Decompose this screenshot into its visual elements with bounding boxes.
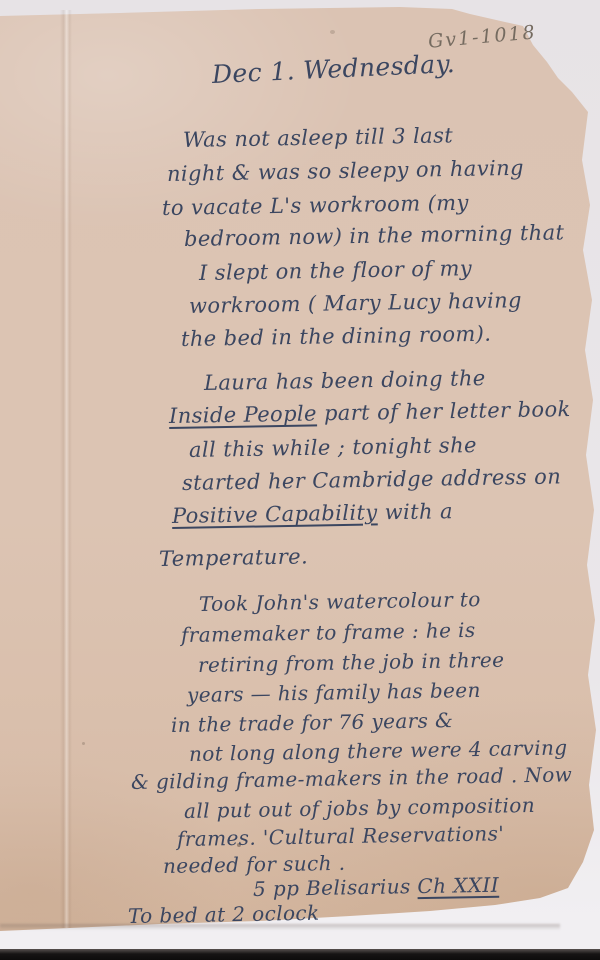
handwritten-line: Laura has been doing the	[204, 366, 486, 395]
scanner-edge-bar	[0, 949, 600, 960]
scanned-diary-page: Gv1-1018 Dec 1. Wednesday. Was not aslee…	[0, 0, 600, 960]
handwritten-line: in the trade for 76 years &	[171, 708, 454, 737]
handwritten-line: I slept on the floor of my	[199, 256, 473, 285]
fold-crease	[60, 10, 72, 928]
underlined-phrase: Positive Capability	[172, 500, 378, 528]
line-text: 5 pp Belisarius	[253, 874, 418, 901]
handwritten-line: framemaker to frame : he is	[181, 618, 476, 647]
handwritten-line: Was not asleep till 3 last	[183, 123, 454, 152]
underlined-phrase: Ch XXII	[417, 873, 499, 898]
handwritten-line: Temperature.	[159, 544, 308, 571]
handwritten-line: years — his family has been	[187, 678, 481, 707]
underlined-phrase: Inside People	[169, 401, 317, 428]
paper-speck	[330, 30, 335, 34]
line-text: with a	[377, 499, 453, 524]
handwritten-line: To bed at 2 oclock	[128, 901, 320, 928]
handwritten-line: 5 pp Belisarius Ch XXII	[253, 873, 499, 901]
handwritten-line: needed for such .	[163, 851, 346, 878]
handwritten-line: all this while ; tonight she	[189, 433, 477, 462]
handwritten-line: Positive Capability with a	[172, 499, 453, 528]
line-text: part of her letter book	[317, 397, 571, 425]
paper-speck	[82, 742, 85, 745]
handwritten-line: Took John's watercolour to	[199, 587, 481, 616]
